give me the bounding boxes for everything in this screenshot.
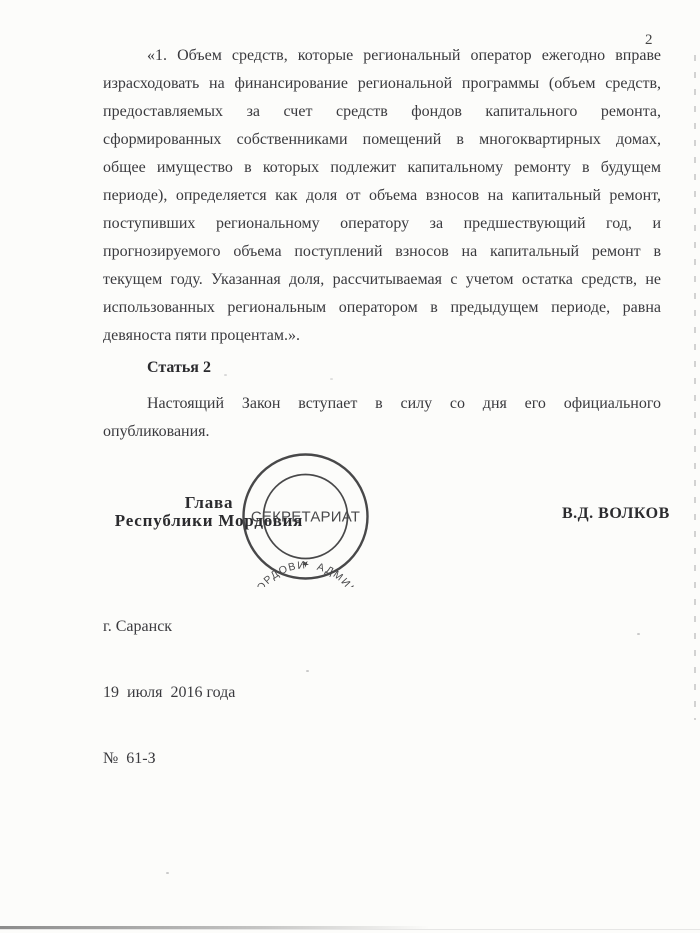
footer-number: № 61-З [103,748,235,770]
scan-speck [637,633,640,635]
paragraph-2: Настоящий Закон вступает в силу со дня е… [103,390,661,446]
scan-artifact-right-edge [694,55,696,720]
paragraph-line: текущем году. Указанная доля, рассчитыва… [103,266,661,294]
signatory-name: В.Д. ВОЛКОВ [562,505,670,523]
paragraph-line: Настоящий Закон вступает в силу со дня е… [103,390,661,418]
paragraph-line: общее имущество в которых подлежит капит… [103,154,661,182]
paragraph-line: израсходовать на финансирование регионал… [103,70,661,98]
paragraph-line: сформированных собственниками помещений … [103,126,661,154]
scan-artifact-bottom-edge-faint [0,929,700,930]
paragraph-line: опубликования. [103,418,661,446]
paragraph-line: прогнозируемого объема поступлений взнос… [103,238,661,266]
footer-block: г. Саранск 19 июля 2016 года № 61-З [103,572,235,814]
scanned-document-page: 2 «1. Объем средств, которые региональны… [0,0,700,933]
footer-date: 19 июля 2016 года [103,682,235,704]
stamp-center-text: СЕКРЕТАРИАТ [251,509,360,526]
scan-speck [224,374,227,376]
scan-speck [306,670,309,672]
secretariat-stamp: АДМИНИСТРАЦИЯ ГЛАВЫ РЕСПУБЛИКИ МОРДОВИЯ … [235,446,376,587]
scan-speck [330,378,333,380]
article-2-heading: Статья 2 [103,354,661,382]
paragraph-line: поступивших региональному оператору за п… [103,210,661,238]
footer-city: г. Саранск [103,616,235,638]
paragraph-line: «1. Объем средств, которые региональный … [103,42,661,70]
paragraph-line: девяноста пяти процентам.». [103,322,661,350]
paragraph-line: предоставляемых за счет средств фондов к… [103,98,661,126]
paragraph-1: «1. Объем средств, которые региональный … [103,42,661,350]
scan-speck [166,872,169,874]
stamp-star-icon: ★ [301,559,309,569]
document-body: «1. Объем средств, которые региональный … [103,42,661,446]
paragraph-line: периоде), определяется как доля от объем… [103,182,661,210]
paragraph-line: использованных региональным оператором в… [103,294,661,322]
